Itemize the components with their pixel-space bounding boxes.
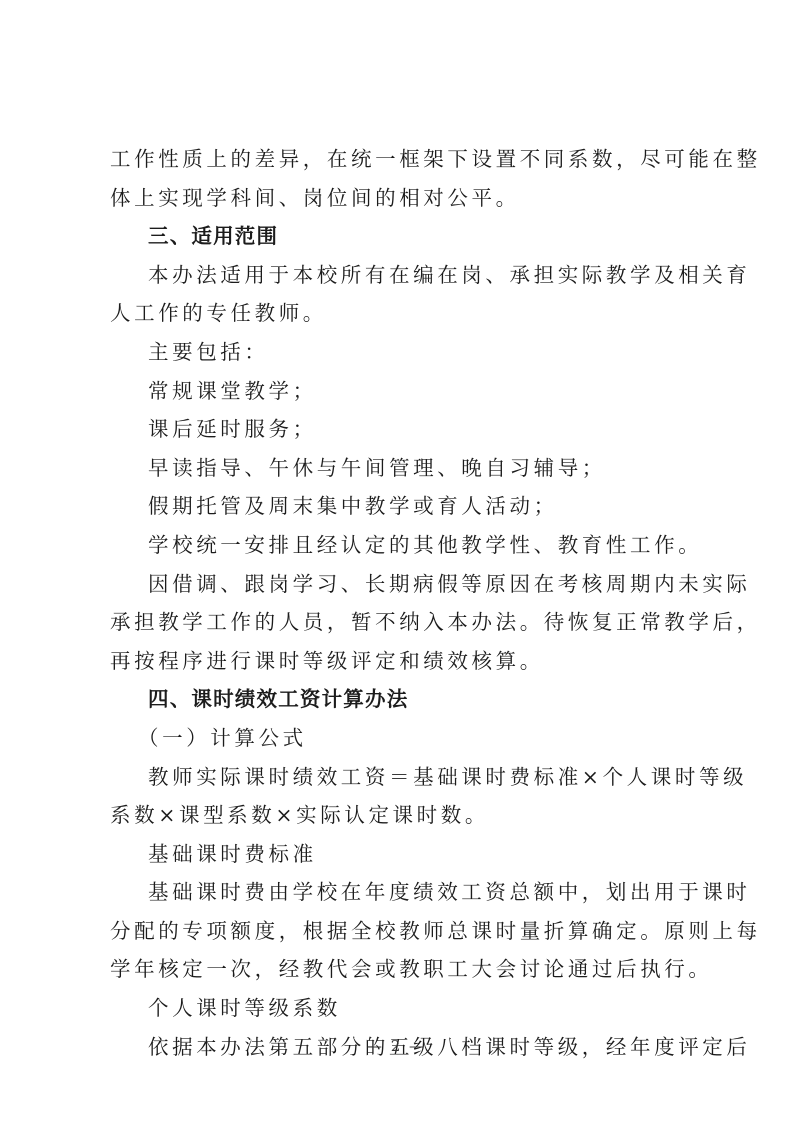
- paragraph-line: 因借调、跟岗学习、长期病假等原因在考核周期内未实际: [110, 565, 688, 604]
- document-page: 工作性质上的差异，在统一框架下设置不同系数，尽可能在整 体上实现学科间、岗位间的…: [0, 0, 793, 1122]
- list-item: 早读指导、午休与午间管理、晚自习辅导；: [110, 449, 688, 488]
- paragraph-line: 承担教学工作的人员，暂不纳入本办法。待恢复正常教学后，: [110, 603, 688, 642]
- document-body: 工作性质上的差异，在统一框架下设置不同系数，尽可能在整 体上实现学科间、岗位间的…: [110, 140, 688, 1066]
- subsection-heading-formula: （一）计算公式: [110, 719, 688, 758]
- term-label-base-fee: 基础课时费标准: [110, 835, 688, 874]
- paragraph-line: 工作性质上的差异，在统一框架下设置不同系数，尽可能在整: [110, 140, 688, 179]
- section-heading-calculation: 四、课时绩效工资计算办法: [110, 680, 688, 719]
- paragraph-line: 分配的专项额度，根据全校教师总课时量折算确定。原则上每: [110, 912, 688, 951]
- list-item: 课后延时服务；: [110, 410, 688, 449]
- section-heading-scope: 三、适用范围: [110, 217, 688, 256]
- page-number: — 2 —: [0, 1037, 793, 1055]
- paragraph-line: 人工作的专任教师。: [110, 294, 688, 333]
- paragraph-line: 本办法适用于本校所有在编在岗、承担实际教学及相关育: [110, 256, 688, 295]
- paragraph-line: 学年核定一次，经教代会或教职工大会讨论通过后执行。: [110, 950, 688, 989]
- term-label-level-coefficient: 个人课时等级系数: [110, 989, 688, 1028]
- list-item: 学校统一安排且经认定的其他教学性、教育性工作。: [110, 526, 688, 565]
- paragraph-line: 体上实现学科间、岗位间的相对公平。: [110, 179, 688, 218]
- formula-line: 教师实际课时绩效工资＝基础课时费标准×个人课时等级: [110, 758, 688, 797]
- list-item: 常规课堂教学；: [110, 372, 688, 411]
- list-item: 假期托管及周末集中教学或育人活动；: [110, 487, 688, 526]
- paragraph-line: 再按程序进行课时等级评定和绩效核算。: [110, 642, 688, 681]
- formula-line: 系数×课型系数×实际认定课时数。: [110, 796, 688, 835]
- paragraph-line: 主要包括：: [110, 333, 688, 372]
- paragraph-line: 基础课时费由学校在年度绩效工资总额中，划出用于课时: [110, 873, 688, 912]
